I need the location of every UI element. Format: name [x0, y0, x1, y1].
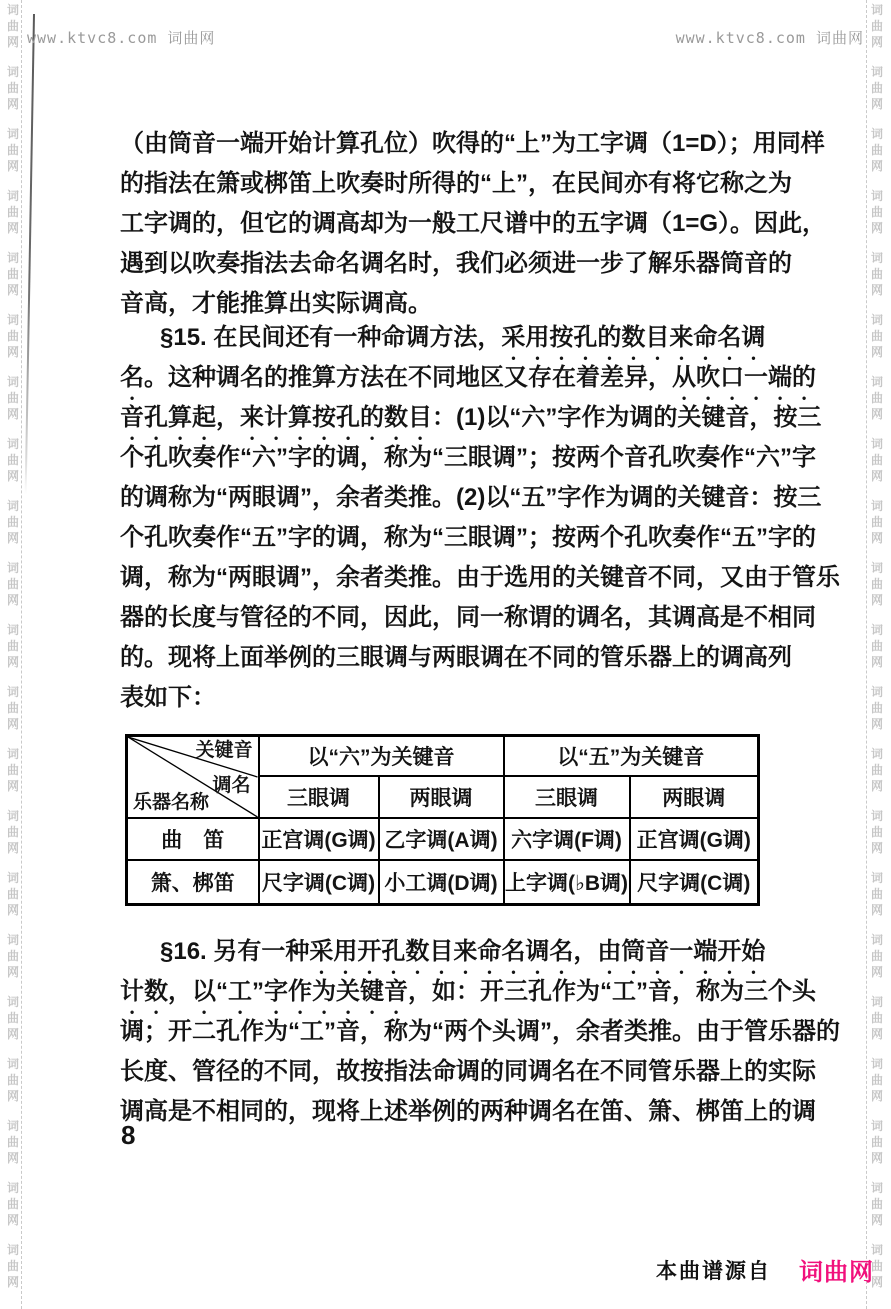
- side-watermark-group: 词曲网: [871, 560, 883, 608]
- section-15-paragraph: §15. 在民间还有一种命调方法，采用按孔的数目来命名调名。这种调名的推算方法在…: [120, 318, 761, 718]
- text-segment: 器的长度与管径的不同，因此，同一称谓的调名，其调高是不相同: [120, 604, 816, 631]
- emphasized-text: 由筒音一端开始: [597, 938, 765, 965]
- side-watermark-group: 词曲网: [7, 250, 19, 298]
- footer-source-label: 本曲谱源自: [656, 1255, 771, 1285]
- text-line: 调高是不相同的，现将上述举例的两种调名在笛、箫、梆笛上的调: [120, 1092, 761, 1132]
- text-line: 工字调的，但它的调高却为一般工尺谱中的五字调（1=G）。因此，: [120, 204, 761, 244]
- text-segment: 工字调的，但它的调高却为一般工尺谱中的五字调（1=G）。因此，: [120, 210, 826, 237]
- text-segment: 调；开二孔作为“工”音，称为“两个头调”，余者类推。由于管乐器的: [120, 1018, 840, 1045]
- side-watermark-group: 词曲网: [7, 2, 19, 50]
- side-watermark-group: 词曲网: [871, 1056, 883, 1104]
- side-watermark-group: 词曲网: [7, 64, 19, 112]
- text-line: 器的长度与管径的不同，因此，同一称谓的调名，其调高是不相同: [120, 598, 761, 638]
- emphasized-text: 音孔算起，来计算按孔的数目: [120, 404, 432, 431]
- text-segment: §15. 在民间还有一种命调方法，: [160, 324, 501, 351]
- side-watermark-group: 词曲网: [7, 746, 19, 794]
- side-watermark-group: 词曲网: [7, 1056, 19, 1104]
- key-name-table: 关键音 调名 乐器名称 以“六”为关键音 以“五”为关键音 三眼调 两眼调 三眼…: [125, 734, 760, 906]
- side-watermark-group: 词曲网: [871, 64, 883, 112]
- text-segment: 调，称为“两眼调”，余者类推。由于选用的关键音不同，又由于管乐: [120, 564, 840, 591]
- text-segment: ：(1)以“六”字作为调的关键音，按三: [432, 404, 821, 431]
- key-cell: 正宫调(G调): [630, 818, 759, 860]
- group-header-liu: 以“六”为关键音: [259, 736, 504, 777]
- page-number: 8: [121, 1120, 135, 1151]
- key-cell: 尺字调(C调): [259, 860, 379, 905]
- side-watermark-group: 词曲网: [7, 994, 19, 1042]
- text-segment: 音高，才能推算出实际调高。: [120, 290, 432, 317]
- side-watermark-group: 词曲网: [7, 374, 19, 422]
- side-watermark-group: 词曲网: [871, 622, 883, 670]
- text-line: 表如下：: [120, 678, 761, 718]
- text-line: 调；开二孔作为“工”音，称为“两个头调”，余者类推。由于管乐器的: [120, 1012, 761, 1052]
- text-line: 长度、管径的不同，故按指法命调的同调名在不同管乐器上的实际: [120, 1052, 761, 1092]
- text-line: 的。现将上面举例的三眼调与两眼调在不同的管乐器上的调高列: [120, 638, 761, 678]
- key-cell: 正宫调(G调): [259, 818, 379, 860]
- paragraph-continuation: （由筒音一端开始计算孔位）吹得的“上”为工字调（1=D）；用同样的指法在箫或梆笛…: [120, 124, 761, 324]
- text-line: 遇到以吹奏指法去命名调名时，我们必须进一步了解乐器筒音的: [120, 244, 761, 284]
- key-cell: 小工调(D调): [379, 860, 504, 905]
- emphasized-text: 采用开孔数目来命名调名: [309, 938, 573, 965]
- text-segment: 长度、管径的不同，故按指法命调的同调名在不同管乐器上的实际: [120, 1058, 816, 1085]
- left-dotted-border: [21, 0, 22, 1309]
- side-watermark-group: 词曲网: [871, 374, 883, 422]
- side-watermark-group: 词曲网: [7, 808, 19, 856]
- key-cell: 尺字调(C调): [630, 860, 759, 905]
- sub-header: 三眼调: [259, 776, 379, 818]
- section-16-paragraph: §16. 另有一种采用开孔数目来命名调名，由筒音一端开始计数，以“工”字作为关键…: [120, 932, 761, 1132]
- right-watermark-column: 词曲网词曲网词曲网词曲网词曲网词曲网词曲网词曲网词曲网词曲网词曲网词曲网词曲网词…: [869, 2, 885, 1309]
- emphasized-text: 名: [120, 364, 144, 391]
- text-line: §15. 在民间还有一种命调方法，采用按孔的数目来命名调: [120, 318, 761, 358]
- text-line: 个孔吹奏作“五”字的调，称为“三眼调”；按两个孔吹奏作“五”字的: [120, 518, 761, 558]
- text-segment: ，如：开三孔作为“工”音，称为三个头: [408, 978, 816, 1005]
- table-row: 曲 笛 正宫调(G调) 乙字调(A调) 六字调(F调) 正宫调(G调): [127, 818, 759, 860]
- instrument-cell: 箫、梆笛: [127, 860, 259, 905]
- side-watermark-group: 词曲网: [7, 1180, 19, 1228]
- side-watermark-group: 词曲网: [871, 1118, 883, 1166]
- sub-header: 两眼调: [630, 776, 759, 818]
- text-segment: 遇到以吹奏指法去命名调名时，我们必须进一步了解乐器筒音的: [120, 250, 792, 277]
- side-watermark-group: 词曲网: [7, 560, 19, 608]
- side-watermark-group: 词曲网: [871, 932, 883, 980]
- text-line: 个孔吹奏作“六”字的调，称为“三眼调”；按两个音孔吹奏作“六”字: [120, 438, 761, 478]
- text-segment: （由筒音一端开始计算孔位）吹得的“上”为工字调（1=D）；用同样: [120, 130, 825, 157]
- side-watermark-group: 词曲网: [871, 746, 883, 794]
- text-segment: ，: [573, 938, 597, 965]
- side-watermark-group: 词曲网: [7, 870, 19, 918]
- scanned-page: { "watermarks": { "top_left": "www.ktvc8…: [0, 0, 891, 1309]
- side-watermark-group: 词曲网: [871, 994, 883, 1042]
- text-line: 名。这种调名的推算方法在不同地区又存在着差异，从吹口一端的: [120, 358, 761, 398]
- side-watermark-group: 词曲网: [871, 2, 883, 50]
- text-line: 计数，以“工”字作为关键音，如：开三孔作为“工”音，称为三个头: [120, 972, 761, 1012]
- side-watermark-group: 词曲网: [871, 870, 883, 918]
- text-line: 的指法在箫或梆笛上吹奏时所得的“上”，在民间亦有将它称之为: [120, 164, 761, 204]
- text-line: 调，称为“两眼调”，余者类推。由于选用的关键音不同，又由于管乐: [120, 558, 761, 598]
- side-watermark-group: 词曲网: [871, 1180, 883, 1228]
- text-line: 的调称为“两眼调”，余者类推。(2)以“五”字作为调的关键音：按三: [120, 478, 761, 518]
- table-row: 箫、梆笛 尺字调(C调) 小工调(D调) 上字调(♭B调) 尺字调(C调): [127, 860, 759, 905]
- emphasized-text: 采用按孔的数目来命名调: [501, 324, 765, 351]
- corner-label-instrument: 乐器名称: [133, 793, 209, 813]
- side-watermark-group: 词曲网: [871, 808, 883, 856]
- side-watermark-group: 词曲网: [7, 312, 19, 360]
- side-watermark-group: 词曲网: [7, 684, 19, 732]
- top-left-watermark: www.ktvc8.com 词曲网: [27, 27, 215, 48]
- side-watermark-group: 词曲网: [7, 1118, 19, 1166]
- key-cell: 上字调(♭B调): [504, 860, 630, 905]
- text-segment: 个孔吹奏作“六”字的调，称为“三眼调”；按两个音孔吹奏作“六”字: [120, 444, 816, 471]
- side-watermark-group: 词曲网: [871, 126, 883, 174]
- key-cell: 六字调(F调): [504, 818, 630, 860]
- group-header-wu: 以“五”为关键音: [504, 736, 759, 777]
- key-cell: 乙字调(A调): [379, 818, 504, 860]
- side-watermark-group: 词曲网: [871, 684, 883, 732]
- side-watermark-group: 词曲网: [871, 188, 883, 236]
- side-watermark-group: 词曲网: [7, 188, 19, 236]
- sub-header: 两眼调: [379, 776, 504, 818]
- side-watermark-group: 词曲网: [871, 312, 883, 360]
- right-dotted-border: [866, 0, 867, 1309]
- side-watermark-group: 词曲网: [871, 436, 883, 484]
- side-watermark-group: 词曲网: [7, 498, 19, 546]
- text-segment: 。这种调名的推算方法在不同地区又存在着差异，: [144, 364, 672, 391]
- emphasized-text: 计数，以“工”字作为关键音: [120, 978, 408, 1005]
- instrument-cell: 曲 笛: [127, 818, 259, 860]
- side-watermark-group: 词曲网: [7, 436, 19, 484]
- text-segment: 的。现将上面举例的三眼调与两眼调在不同的管乐器上的调高列: [120, 644, 792, 671]
- text-line: （由筒音一端开始计算孔位）吹得的“上”为工字调（1=D）；用同样: [120, 124, 761, 164]
- side-watermark-group: 词曲网: [871, 250, 883, 298]
- emphasized-text: 从吹口一端的: [672, 364, 816, 391]
- side-watermark-group: 词曲网: [7, 126, 19, 174]
- left-watermark-column: 词曲网词曲网词曲网词曲网词曲网词曲网词曲网词曲网词曲网词曲网词曲网词曲网词曲网词…: [5, 2, 21, 1309]
- side-watermark-group: 词曲网: [871, 498, 883, 546]
- text-segment: 的指法在箫或梆笛上吹奏时所得的“上”，在民间亦有将它称之为: [120, 170, 792, 197]
- corner-label-key-note: 关键音: [195, 741, 252, 761]
- scan-edge-line: [25, 14, 35, 495]
- text-segment: 个孔吹奏作“五”字的调，称为“三眼调”；按两个孔吹奏作“五”字的: [120, 524, 816, 551]
- side-watermark-group: 词曲网: [7, 622, 19, 670]
- sub-header: 三眼调: [504, 776, 630, 818]
- text-line: 音孔算起，来计算按孔的数目：(1)以“六”字作为调的关键音，按三: [120, 398, 761, 438]
- corner-label-key-name: 调名: [212, 776, 250, 796]
- side-watermark-group: 词曲网: [7, 932, 19, 980]
- text-segment: §16. 另有一种: [160, 938, 309, 965]
- text-segment: 表如下：: [120, 684, 216, 711]
- footer-brand: 词曲网: [799, 1252, 874, 1287]
- text-line: §16. 另有一种采用开孔数目来命名调名，由筒音一端开始: [120, 932, 761, 972]
- top-right-watermark: www.ktvc8.com 词曲网: [676, 27, 864, 48]
- table-corner-cell: 关键音 调名 乐器名称: [127, 736, 259, 819]
- side-watermark-group: 词曲网: [7, 1242, 19, 1290]
- text-segment: 调高是不相同的，现将上述举例的两种调名在笛、箫、梆笛上的调: [120, 1098, 816, 1125]
- text-segment: 的调称为“两眼调”，余者类推。(2)以“五”字作为调的关键音：按三: [120, 484, 821, 511]
